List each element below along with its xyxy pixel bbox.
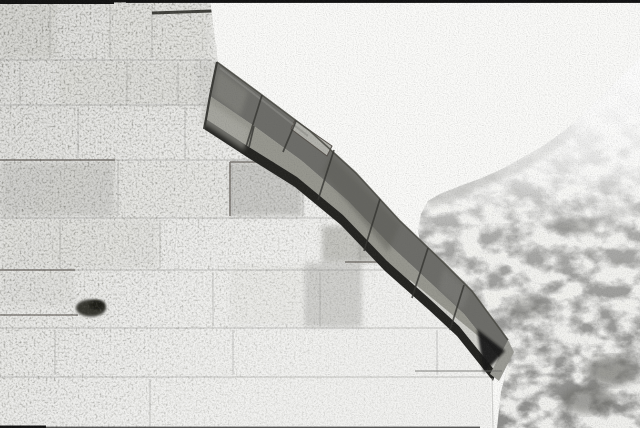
photo-grain-overlay xyxy=(0,0,640,428)
photo-canvas xyxy=(0,0,640,428)
photograph xyxy=(0,0,640,428)
